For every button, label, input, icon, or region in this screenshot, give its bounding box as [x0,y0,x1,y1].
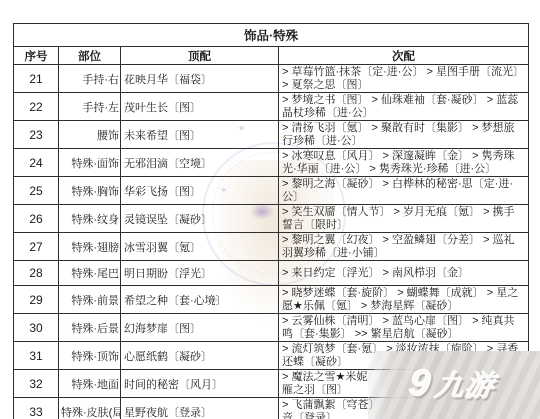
cell-next-match: > 飞蒲飘絮〔穹苍〕 音〔登录〕 [279,398,529,419]
table-row: 25特殊·胸饰华彩飞扬〔图〕> 黎明之海〔凝砂〕 > 白桦林的秘密·思〔定·进·… [14,177,529,205]
cell-part: 特殊·皮肤(局 [59,398,121,419]
cell-part: 腰饰 [59,121,121,149]
cell-next-match: > 冰寒叹息〔风月〕 > 深邃凝眸〔金〕 > 隽秀珠光·华丽〔进·公〕 > 隽秀… [279,149,529,177]
table-row: 28特殊·尾巴明日期盼〔浮光〕> 来日约定〔浮光〕 > 南风栉羽〔金〕 [14,261,529,286]
cell-part: 特殊·面饰 [59,149,121,177]
cell-top-match: 时间的秘密〔风月〕 [121,370,279,398]
table-row: 32特殊·地面时间的秘密〔风月〕> 魔法之雪★米妮 雁之羽〔图〕 [14,370,529,398]
table-row: 33特殊·皮肤(局星野夜航〔登录〕> 飞蒲飘絮〔穹苍〕 音〔登录〕 [14,398,529,419]
cell-top-match: 花映月华〔福袋〕 [121,65,279,93]
cell-index: 23 [14,121,59,149]
table-title-row: 饰品·特殊 [14,24,529,47]
table-header-row: 序号 部位 顶配 次配 [14,47,529,65]
cell-top-match: 茂叶生长〔图〕 [121,93,279,121]
table-title: 饰品·特殊 [14,24,529,47]
cell-next-match: > 笑生双靥〔情人节〕 > 岁月无痕〔氪〕 > 携手誓言〔限时〕 [279,205,529,233]
cell-top-match: 心愿纸鹤〔凝砂〕 [121,342,279,370]
column-header-top-match: 顶配 [121,47,279,65]
cell-next-match: > 来日约定〔浮光〕 > 南风栉羽〔金〕 [279,261,529,286]
cell-index: 27 [14,233,59,261]
table-row: 27特殊·翅膀冰雪羽翼〔氪〕> 黎明之翼〔幻夜〕 > 空盈鳞翅〔分差〕 > 巡礼… [14,233,529,261]
cell-next-match: > 云雾仙株〔清明〕 > 蓝鸟心扉〔图〕 > 纯真共鸣〔套·集影〕 >> 繁星启… [279,314,529,342]
cell-next-match: > 梦境之书〔图〕 > 仙珠难袖〔套·凝砂〕 > 蓝蕊晶杖珍稀〔进·公〕 [279,93,529,121]
table-row: 26特殊·纹身灵镜误坠〔凝砂〕> 笑生双靥〔情人节〕 > 岁月无痕〔氪〕 > 携… [14,205,529,233]
cell-part: 特殊·后景 [59,314,121,342]
cell-part: 特殊·尾巴 [59,261,121,286]
cell-top-match: 未来希望〔图〕 [121,121,279,149]
cell-index: 24 [14,149,59,177]
table-row: 30特殊·后景幻海梦扉〔图〕> 云雾仙株〔清明〕 > 蓝鸟心扉〔图〕 > 纯真共… [14,314,529,342]
cell-index: 31 [14,342,59,370]
cell-index: 21 [14,65,59,93]
table-row: 21手持·右花映月华〔福袋〕> 草莓竹篮·抹茶〔定·进·公〕 > 星图手册〔流光… [14,65,529,93]
cell-top-match: 冰雪羽翼〔氪〕 [121,233,279,261]
cell-index: 32 [14,370,59,398]
cell-top-match: 明日期盼〔浮光〕 [121,261,279,286]
cell-next-match: > 黎明之翼〔幻夜〕 > 空盈鳞翅〔分差〕 > 巡礼羽翼珍稀〔进·小铺〕 [279,233,529,261]
cell-index: 28 [14,261,59,286]
cell-next-match: > 魔法之雪★米妮 雁之羽〔图〕 [279,370,529,398]
cell-part: 特殊·顶饰 [59,342,121,370]
table-row: 22手持·左茂叶生长〔图〕> 梦境之书〔图〕 > 仙珠难袖〔套·凝砂〕 > 蓝蕊… [14,93,529,121]
cell-top-match: 无邪泪滴〔空境〕 [121,149,279,177]
table-row: 31特殊·顶饰心愿纸鹤〔凝砂〕> 流灯筑梦〔套·氪〕 > 淡妆浓抹〔旋阶〕 > … [14,342,529,370]
table-body: 21手持·右花映月华〔福袋〕> 草莓竹篮·抹茶〔定·进·公〕 > 星图手册〔流光… [14,65,529,419]
cell-top-match: 华彩飞扬〔图〕 [121,177,279,205]
cell-top-match: 灵镜误坠〔凝砂〕 [121,205,279,233]
cell-index: 29 [14,286,59,314]
cell-part: 特殊·前景 [59,286,121,314]
cell-part: 手持·左 [59,93,121,121]
cell-index: 26 [14,205,59,233]
cell-index: 25 [14,177,59,205]
cell-index: 22 [14,93,59,121]
table-row: 23腰饰未来希望〔图〕> 清扬飞羽〔氪〕 > 聚散有时〔集影〕 > 梦想旅行珍稀… [14,121,529,149]
cell-part: 特殊·翅膀 [59,233,121,261]
cell-part: 特殊·胸饰 [59,177,121,205]
table-row: 29特殊·前景希望之种〔套·心境〕> 晓梦迷蝶〔套·旋阶〕 > 蝴蝶舞〔成就〕 … [14,286,529,314]
cell-index: 30 [14,314,59,342]
column-header-next-match: 次配 [279,47,529,65]
column-header-part: 部位 [59,47,121,65]
cell-next-match: > 流灯筑梦〔套·氪〕 > 淡妆浓抹〔旋阶〕 > 寻香还蝶〔凝砂〕 [279,342,529,370]
cell-part: 特殊·纹身 [59,205,121,233]
cell-index: 33 [14,398,59,419]
accessories-table: 饰品·特殊 序号 部位 顶配 次配 21手持·右花映月华〔福袋〕> 草莓竹篮·抹… [13,23,529,419]
column-header-index: 序号 [14,47,59,65]
cell-next-match: > 清扬飞羽〔氪〕 > 聚散有时〔集影〕 > 梦想旅行珍稀〔进·公〕 [279,121,529,149]
cell-top-match: 星野夜航〔登录〕 [121,398,279,419]
cell-next-match: > 黎明之海〔凝砂〕 > 白桦林的秘密·思〔定·进·公〕 [279,177,529,205]
cell-next-match: > 草莓竹篮·抹茶〔定·进·公〕 > 星图手册〔流光〕 > 夏祭之思〔图〕 [279,65,529,93]
cell-part: 手持·右 [59,65,121,93]
table-row: 24特殊·面饰无邪泪滴〔空境〕> 冰寒叹息〔风月〕 > 深邃凝眸〔金〕 > 隽秀… [14,149,529,177]
cell-top-match: 希望之种〔套·心境〕 [121,286,279,314]
cell-part: 特殊·地面 [59,370,121,398]
cell-top-match: 幻海梦扉〔图〕 [121,314,279,342]
cell-next-match: > 晓梦迷蝶〔套·旋阶〕 > 蝴蝶舞〔成就〕 > 星之愿★乐佩〔氪〕 > 梦海星… [279,286,529,314]
